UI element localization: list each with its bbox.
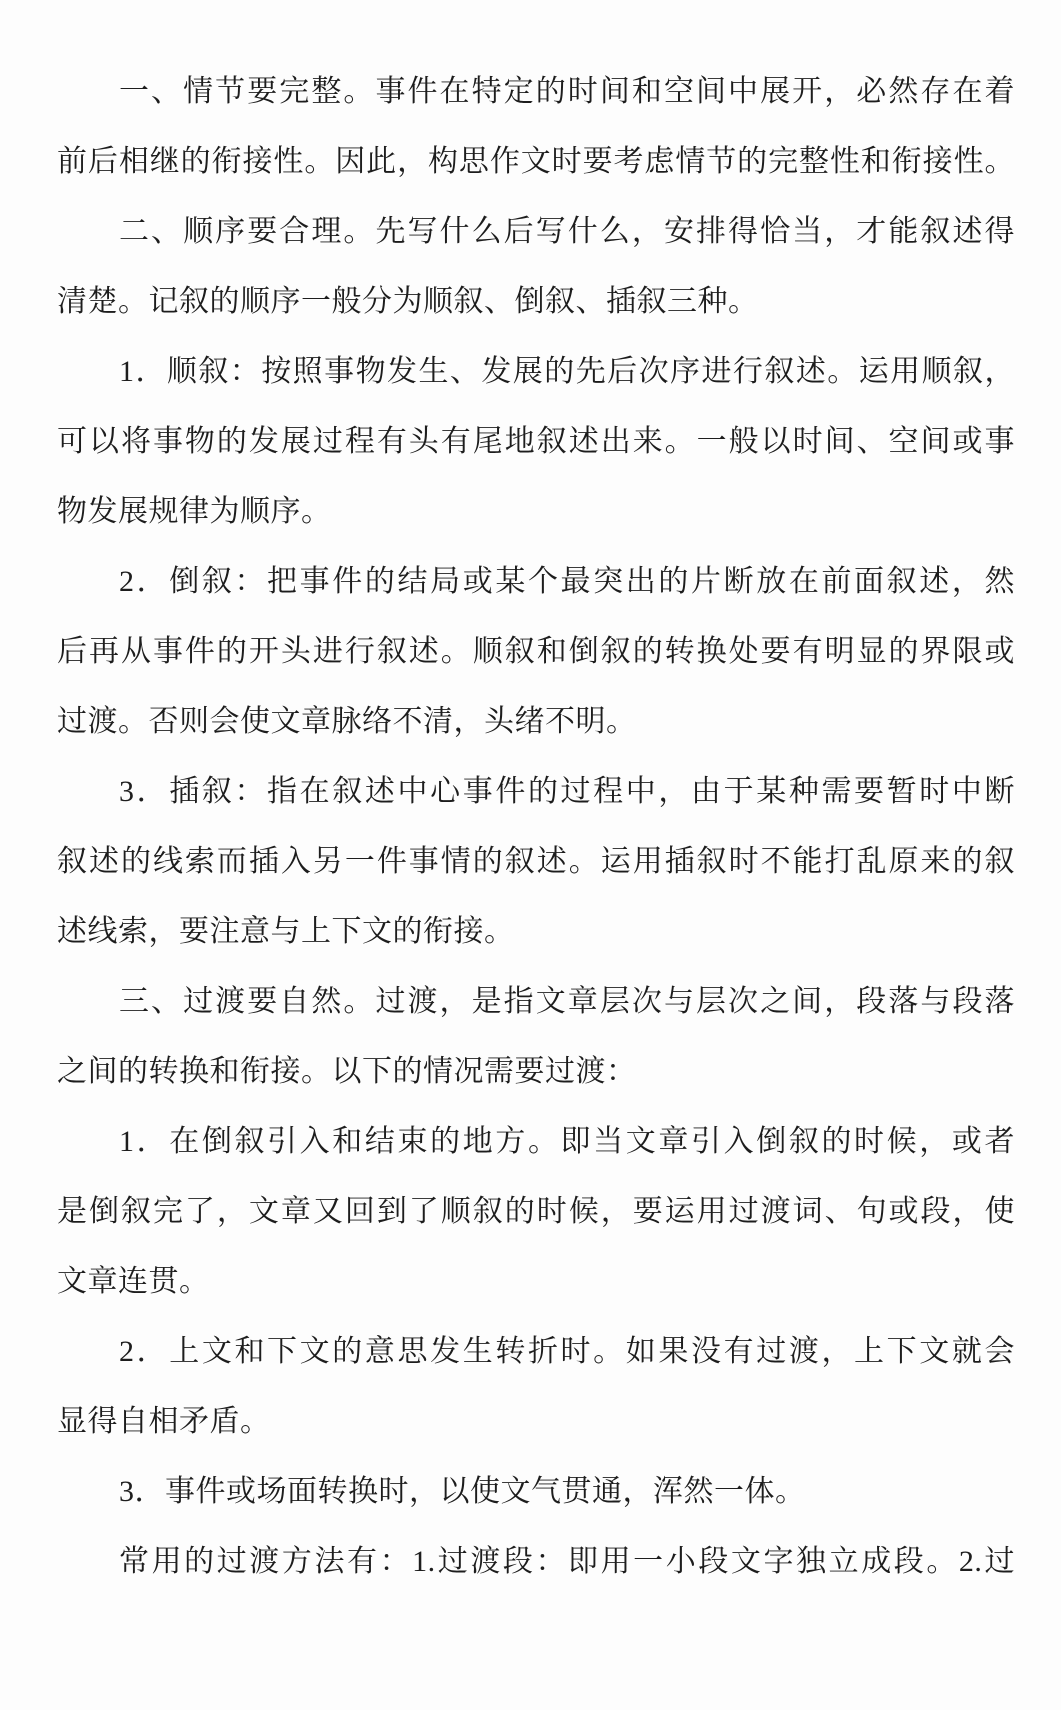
document-page: 一、情节要完整。事件在特定的时间和空间中展开，必然存在着 前后相继的衔接性。因此… [0,0,1061,1710]
text-line: 3．插叙：指在叙述中心事件的过程中，由于某种需要暂时中断 [57,757,1015,827]
text-line: 之间的转换和衔接。以下的情况需要过渡： [57,1037,1015,1107]
text-line: 二、顺序要合理。先写什么后写什么，安排得恰当，才能叙述得 [57,197,1015,267]
text-line: 显得自相矛盾。 [57,1387,1015,1457]
text-line: 2．上文和下文的意思发生转折时。如果没有过渡，上下文就会 [57,1317,1015,1387]
text-line: 可以将事物的发展过程有头有尾地叙述出来。一般以时间、空间或事 [57,407,1015,477]
text-line: 文章连贯。 [57,1247,1015,1317]
text-line: 前后相继的衔接性。因此，构思作文时要考虑情节的完整性和衔接性。 [57,127,1015,197]
text-line: 1．在倒叙引入和结束的地方。即当文章引入倒叙的时候，或者 [57,1107,1015,1177]
text-line: 述线索，要注意与上下文的衔接。 [57,897,1015,967]
text-line: 常用的过渡方法有：1.过渡段：即用一小段文字独立成段。2.过 [57,1527,1015,1597]
text-line: 过渡。否则会使文章脉络不清，头绪不明。 [57,687,1015,757]
text-line: 物发展规律为顺序。 [57,477,1015,547]
text-line: 后再从事件的开头进行叙述。顺叙和倒叙的转换处要有明显的界限或 [57,617,1015,687]
text-line: 2．倒叙：把事件的结局或某个最突出的片断放在前面叙述，然 [57,547,1015,617]
text-line: 一、情节要完整。事件在特定的时间和空间中展开，必然存在着 [57,57,1015,127]
text-line: 清楚。记叙的顺序一般分为顺叙、倒叙、插叙三种。 [57,267,1015,337]
text-line: 叙述的线索而插入另一件事情的叙述。运用插叙时不能打乱原来的叙 [57,827,1015,897]
text-line: 1．顺叙：按照事物发生、发展的先后次序进行叙述。运用顺叙， [57,337,1015,407]
text-line: 3．事件或场面转换时，以使文气贯通，浑然一体。 [57,1457,1015,1527]
text-line: 三、过渡要自然。过渡，是指文章层次与层次之间，段落与段落 [57,967,1015,1037]
text-line: 是倒叙完了，文章又回到了顺叙的时候，要运用过渡词、句或段，使 [57,1177,1015,1247]
